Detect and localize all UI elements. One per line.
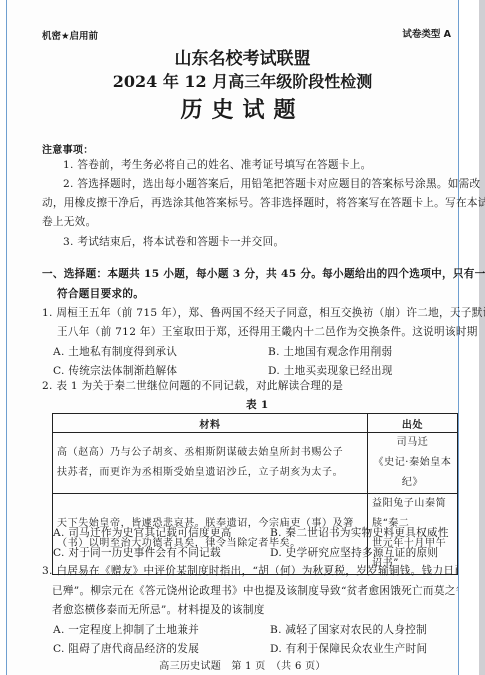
question-3-stem-cont: 已殚”。柳宗元在《答元饶州论政理书》中也提及该制度导致“贫者愈困饿死亡而莫之省，… — [52, 583, 458, 598]
question-1-option-b[interactable]: B. 土地国有观念作用削弱 — [268, 344, 392, 359]
source-cell: 司马迁 《史记·秦始皇本纪》 — [368, 433, 458, 494]
notice-item-2-cont: 动，用橡皮擦干净后，再选涂其他答案标号。答非选择题时，将答案写在答题卡上。写在本… — [42, 195, 485, 210]
question-3-stem: 3. 白居易在《赠友》中评价某制度时指出，“胡（何）为秋夏税，岁岁输铜钱。钱力日… — [42, 563, 458, 578]
question-1-stem: 1. 周桓王五年（前 715 年），郑、鲁两国不经天子同意，相互交换祊（崩）许二… — [42, 305, 485, 320]
question-2-option-b[interactable]: B. 秦二世诏书为实物史料更具权威性 — [270, 525, 449, 540]
source-line: 司马迁 — [372, 433, 453, 453]
exam-union-title: 山东名校考试联盟 — [0, 44, 485, 69]
table-header-row: 材料 出处 — [53, 414, 458, 433]
question-2-option-d[interactable]: D. 史学研究应坚持多源互证的原则 — [270, 545, 438, 560]
question-3-stem-end: 者愈恣横侈泰而无所忌”。材料提及的该制度 — [52, 602, 265, 617]
table-row: 高（赵高）乃与公子胡亥、丞相斯阴谋破去始皇所封书赐公子 扶苏者，而更诈为丞相斯受… — [53, 433, 458, 494]
question-2-stem: 2. 表 1 为关于秦二世继位问题的不同记载，对此解读合理的是 — [42, 378, 343, 393]
header-material: 材料 — [53, 414, 368, 433]
material-cell: 高（赵高）乃与公子胡亥、丞相斯阴谋破去始皇所封书赐公子 扶苏者，而更诈为丞相斯受… — [53, 433, 368, 494]
question-3-option-b[interactable]: B. 减轻了国家对农民的人身控制 — [270, 622, 427, 637]
notice-item-1: 1. 答卷前，考生务必将自己的姓名、准考证号填写在答题卡上。 — [63, 157, 372, 172]
question-3-option-d[interactable]: D. 有利于保障民众农业生产时间 — [270, 641, 427, 656]
subject-title: 历史试题 — [0, 93, 485, 124]
page-footer: 高三历史试题 第 1 页 （共 6 页） — [0, 657, 485, 672]
question-1-option-a[interactable]: A. 土地私有制度得到承认 — [53, 344, 177, 359]
question-3-option-c[interactable]: C. 阻碍了唐代商品经济的发展 — [53, 641, 199, 656]
material-line: 扶苏者，而更诈为丞相斯受始皇遗诏沙丘，立子胡亥为太子。 — [57, 463, 363, 483]
question-2-option-a[interactable]: A. 司马迁作为史官其记载可信度更高 — [53, 525, 232, 540]
confidential-label: 机密★启用前 — [42, 28, 98, 42]
question-1-option-d[interactable]: D. 土地买卖现象已经出现 — [268, 363, 393, 378]
notice-heading: 注意事项： — [42, 141, 94, 156]
paper-type-label: 试卷类型 A — [402, 26, 451, 40]
exam-subtitle: 2024 年 12 月高三年级阶段性检测 — [0, 69, 485, 92]
header-source: 出处 — [368, 414, 458, 433]
question-1-stem-cont: 王八年（前 712 年）王室取田于郑，还得用王畿内十二邑作为交换条件。这说明该时… — [57, 324, 478, 339]
question-2-option-c[interactable]: C. 对于同一历史事件会有不同记载 — [53, 545, 221, 560]
notice-item-2-end: 卷上无效。 — [42, 214, 96, 229]
section-heading-cont: 符合题目要求的。 — [57, 286, 144, 301]
notice-item-3: 3. 考试结束后，将本试卷和答题卡一并交回。 — [63, 234, 284, 249]
notice-item-2: 2. 答选择题时，选出每小题答案后，用铅笔把答题卡对应题目的答案标号涂黑。如需改 — [63, 176, 480, 191]
table-caption: 表 1 — [246, 397, 269, 412]
question-1-option-c[interactable]: C. 传统宗法体制渐趋解体 — [53, 363, 177, 378]
section-heading: 一、选择题：本题共 15 小题，每小题 3 分，共 45 分。每小题给出的四个选… — [42, 266, 485, 281]
question-3-option-a[interactable]: A. 一定程度上抑制了土地兼并 — [53, 622, 199, 637]
source-line: 《史记·秦始皇本纪》 — [372, 453, 453, 493]
material-line: 高（赵高）乃与公子胡亥、丞相斯阴谋破去始皇所封书赐公子 — [57, 443, 363, 463]
